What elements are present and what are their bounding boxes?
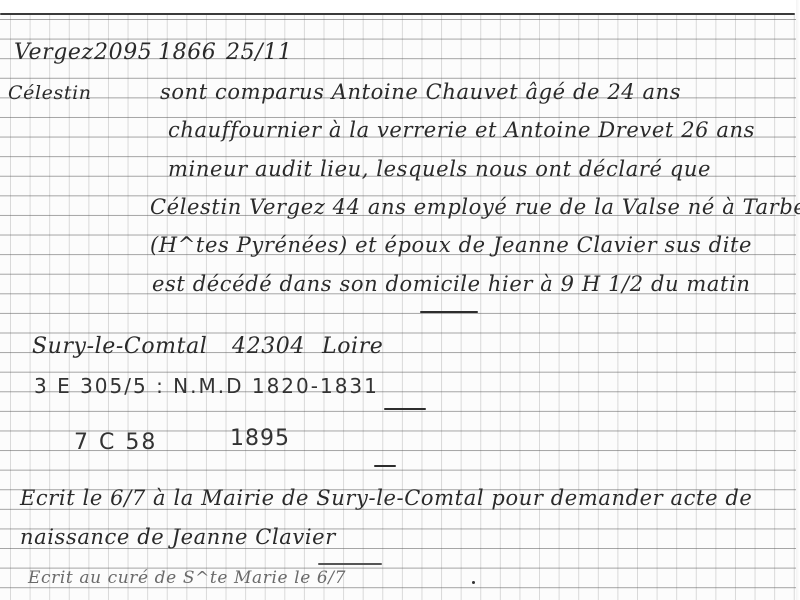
separator-stroke [318,563,382,565]
notebook-page: Vergez 2095 1866 25/11 Célestin sont com… [0,0,800,600]
reference-year: 1895 [230,428,290,450]
record-line: mineur audit lieu, lesquels nous ont déc… [168,159,711,180]
reference-code: 7 C 58 [74,432,157,454]
record-line: Célestin Vergez 44 ans employé rue de la… [150,197,800,218]
archive-insee-code: 42304 [232,336,305,358]
page-edge [796,0,800,600]
separator-stroke [384,408,426,410]
archive-cote: 3 E 305/5 : N.M.D 1820-1831 [34,376,379,396]
page-top-margin [0,0,800,14]
header-surname: Vergez [14,42,94,64]
header-reference-number: 2095 [94,42,152,64]
separator-stroke [374,465,396,467]
record-line: (H^tes Pyrénées) et époux de Jeanne Clav… [150,235,752,256]
ink-mark [472,581,475,584]
header-date: 25/11 [226,42,292,64]
archive-commune: Sury-le-Comtal [32,336,207,358]
record-line: sont comparus Antoine Chauvet âgé de 24 … [160,82,681,103]
header-first-name: Célestin [8,84,92,103]
header-year: 1866 [158,42,216,64]
note-line: Ecrit le 6/7 à la Mairie de Sury-le-Comt… [20,488,752,509]
record-line: chauffournier à la verrerie et Antoine D… [168,120,755,141]
archive-department: Loire [322,336,383,358]
record-line: est décédé dans son domicile hier à 9 H … [152,274,751,295]
underline-stroke [420,311,478,313]
note-line: Ecrit au curé de S^te Marie le 6/7 [28,570,346,587]
note-line: naissance de Jeanne Clavier [20,527,336,548]
page-top-rule [0,13,795,15]
